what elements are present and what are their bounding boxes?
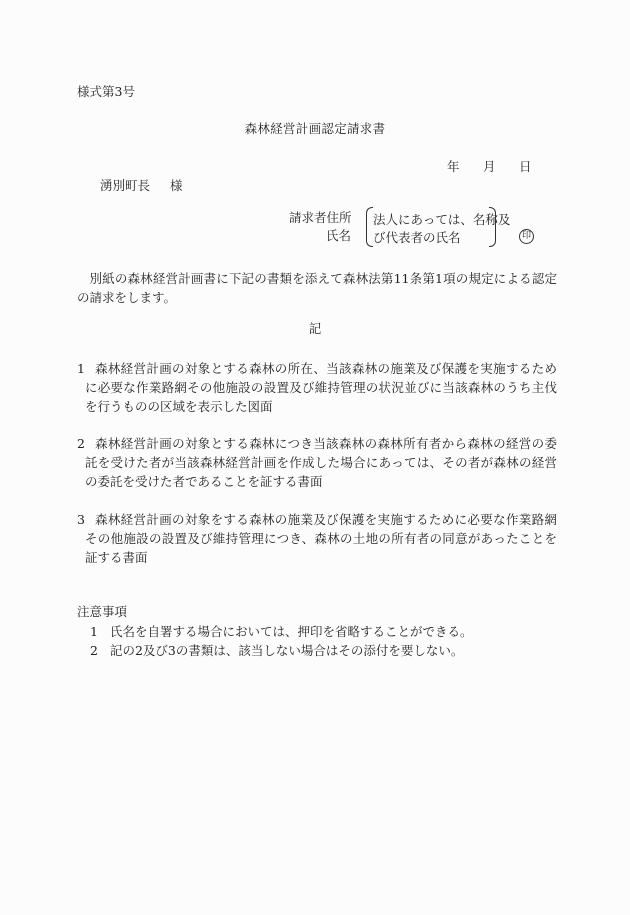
addressee-name: 湧別町長	[100, 180, 150, 193]
note-number: 2	[90, 641, 106, 660]
note-item: 1 氏名を自署する場合においては、押印を省略することができる。	[90, 622, 473, 641]
ki-heading: 記	[0, 323, 630, 336]
attachment-item: 2 森林経営計画の対象とする森林につき当該森林の森林所有者から森林の経営の委託を…	[77, 434, 557, 491]
note-number: 1	[90, 622, 106, 641]
notes-title: 注意事項	[77, 606, 127, 619]
item-text: 森林経営計画の対象とする森林の所在、当該森林の施業及び保護を実施するために必要な…	[77, 359, 557, 416]
seal-icon: 印	[519, 229, 534, 244]
right-bracket	[489, 207, 496, 247]
applicant-address-label: 請求者住所	[289, 212, 352, 225]
corporate-note-bracket: 法人にあっては、名称及 び代表者の氏名	[366, 207, 496, 245]
item-number: 1	[77, 359, 95, 378]
attachment-item: 1 森林経営計画の対象とする森林の所在、当該森林の施業及び保護を実施するために必…	[77, 359, 557, 416]
date-month-label: 月	[483, 161, 496, 174]
left-bracket	[366, 207, 373, 247]
document-title: 森林経営計画認定請求書	[0, 123, 630, 136]
applicant-name-label: 氏名	[326, 230, 351, 243]
item-text: 森林経営計画の対象とする森林につき当該森林の森林所有者から森林の経営の委託を受け…	[77, 434, 557, 491]
addressee-honorific: 様	[170, 180, 183, 193]
request-statement: 別紙の森林経営計画書に下記の書類を添えて森林法第11条第1項の規定による認定の請…	[77, 269, 557, 307]
item-number: 3	[77, 510, 95, 529]
note-text: 氏名を自署する場合においては、押印を省略することができる。	[110, 624, 473, 639]
date-day-label: 日	[519, 161, 532, 174]
note-item: 2 記の2及び3の書類は、該当しない場合はその添付を要しない。	[90, 641, 463, 660]
date-year-label: 年	[447, 161, 460, 174]
item-number: 2	[77, 434, 95, 453]
note-text: 記の2及び3の書類は、該当しない場合はその添付を要しない。	[110, 643, 463, 658]
attachment-item: 3 森林経営計画の対象をする森林の施業及び保護を実施するために必要な作業路網その…	[77, 510, 557, 567]
form-number: 様式第3号	[77, 86, 135, 99]
item-text: 森林経営計画の対象をする森林の施業及び保護を実施するために必要な作業路網その他施…	[77, 510, 557, 567]
